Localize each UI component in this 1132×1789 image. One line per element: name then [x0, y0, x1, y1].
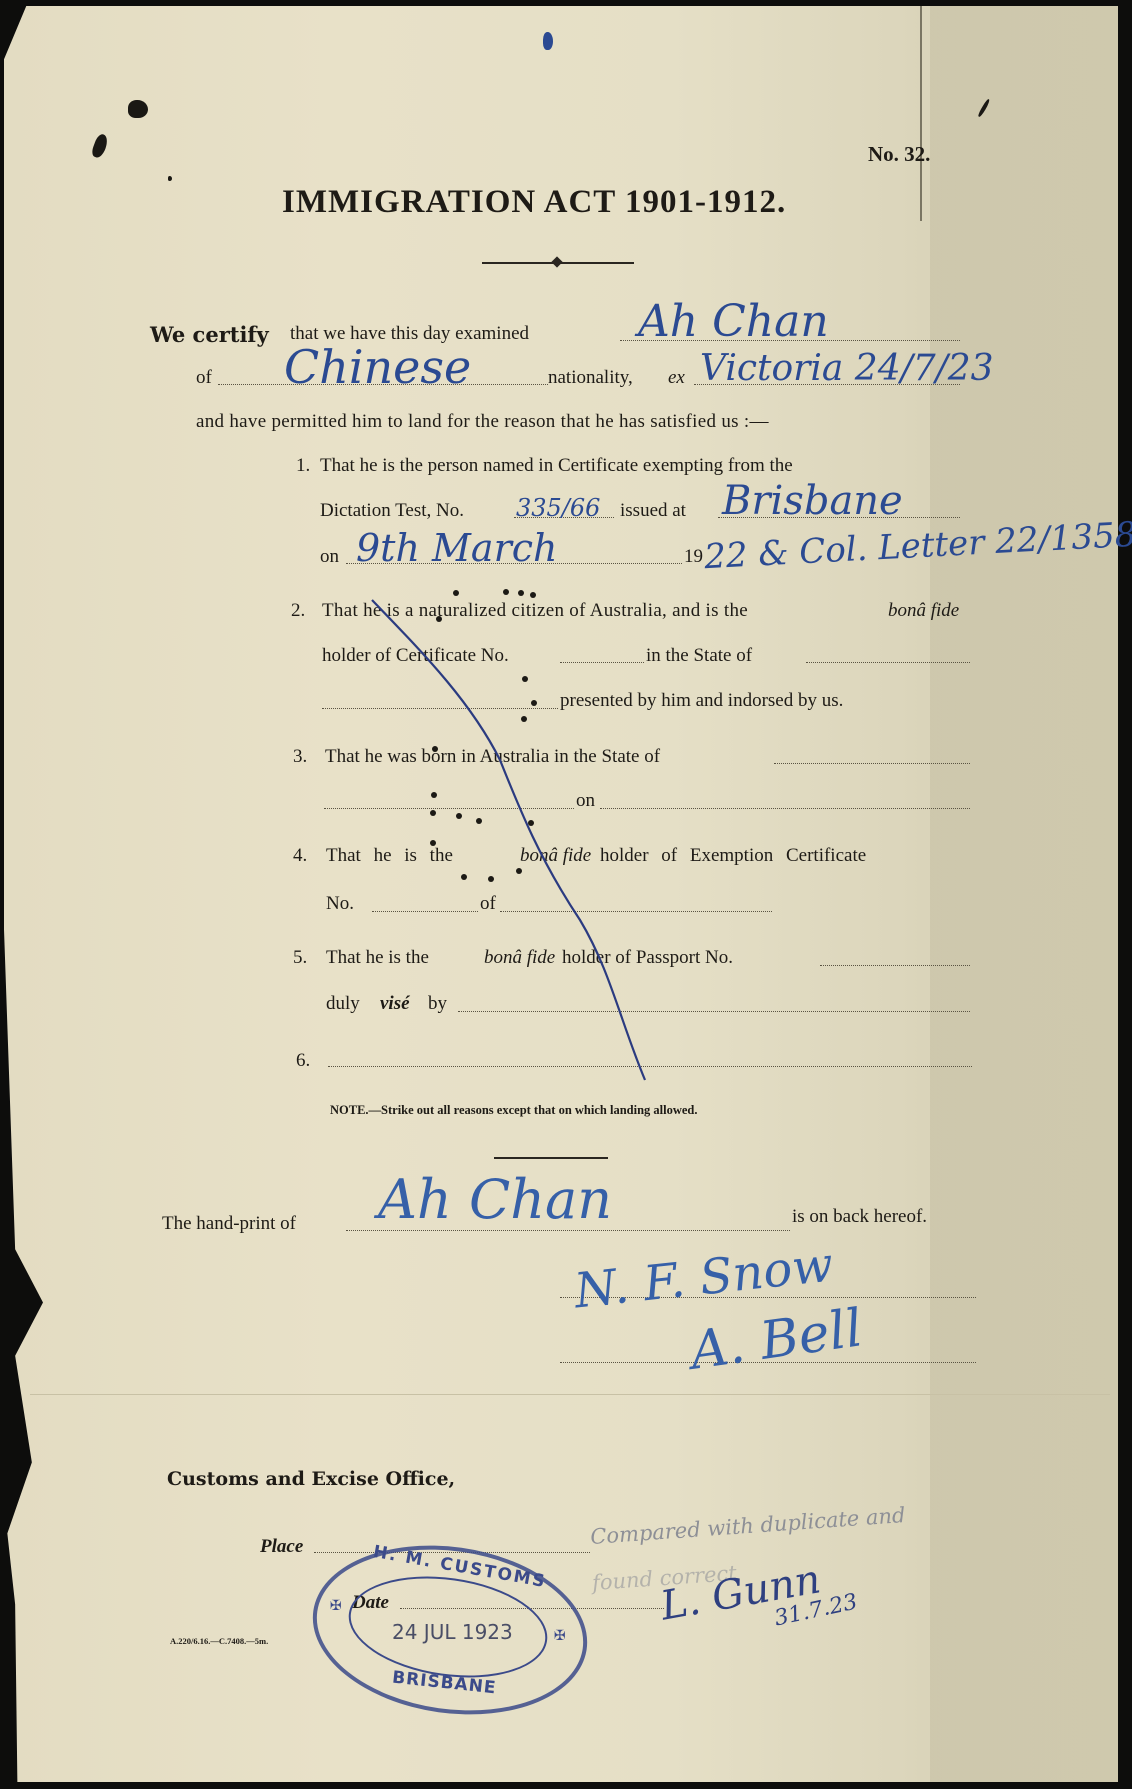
handprint-rule — [494, 1157, 608, 1159]
handprint-label: The hand-print of — [162, 1213, 296, 1235]
office-heading: Customs and Excise Office, — [167, 1468, 455, 1490]
stamp-cross-icon: ✠ — [330, 1598, 342, 1614]
print-code: A.220/6.16.—C.7408.—5m. — [170, 1636, 268, 1646]
handprint-suffix: is on back hereof. — [792, 1206, 927, 1228]
stamp-date: 24 JUL 1923 — [392, 1620, 513, 1644]
handprint-name-value: Ah Chan — [378, 1168, 612, 1231]
place-label: Place — [260, 1536, 303, 1558]
note-text: NOTE.—Strike out all reasons except that… — [330, 1103, 698, 1118]
strike-through-line — [0, 0, 1132, 1789]
stamp-cross-icon: ✠ — [554, 1628, 566, 1644]
